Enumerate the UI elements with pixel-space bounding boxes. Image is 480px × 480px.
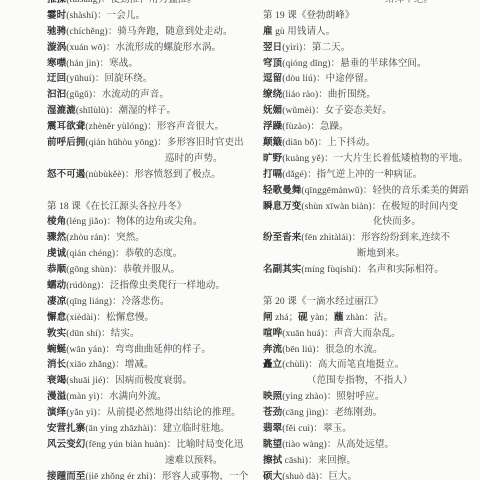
vocab-entry: 纷至沓来(fēn zhìtàlái)：形容纷纷到来,连续不 [263, 231, 478, 247]
definition-continuation: 化快而多。 [263, 215, 478, 231]
vocab-entry: 擦拭 cāshì)：来回擦。 [263, 454, 478, 470]
definition: (wān yán)：弯弯曲曲延伸的样子。 [66, 345, 211, 355]
headword: 硕大 [263, 472, 282, 480]
headword: 漫溢 [47, 392, 66, 402]
vocab-entry: 虔诚(qián chéng)：恭敬的态度。 [47, 247, 262, 263]
lesson-heading: 第 18 课《在长江源头各拉丹冬》 [47, 200, 262, 216]
headword: 擦拭 [263, 456, 282, 466]
headword: 映照 [263, 392, 282, 402]
headword: 骤然 [47, 233, 66, 243]
vocab-entry: 驰骋(chíchěng)：骑马奔跑，随意到处走动。 [47, 25, 262, 41]
vocab-entry: 逗留(dòu liú)：中途停留。 [263, 72, 478, 88]
definition: (ān yíng zhāzhài)：建立临时驻地。 [85, 424, 229, 434]
headword: 懈怠 [47, 313, 66, 323]
definition: (shīlùlù)：潮湿的样子。 [76, 106, 176, 116]
vocab-entry: 怒不可遏(nùbùkěè)：形容愤怒到了极点。 [47, 168, 262, 184]
definition-continuation: 巡时的声势。 [47, 152, 262, 168]
lesson-heading: 第 19 课《登勃朗峰》 [263, 9, 478, 25]
definition: (fēng yún biàn huàn)：比喻时局变化迅 [85, 440, 243, 450]
headword: 瞬息万变 [263, 202, 301, 212]
definition: (xièdài)：松懈怠慢。 [66, 313, 154, 323]
headword: 驰骋 [47, 27, 66, 37]
definition: (xiāo zhǎng)：增减。 [66, 360, 153, 370]
lesson-title: 第 19 课《登勃朗峰》 [263, 11, 354, 21]
headword: 逗留 [263, 74, 282, 84]
definition: (cāng jìng)：老练刚劲。 [282, 408, 382, 418]
headword: 纷至沓来 [263, 233, 301, 243]
definition: 断地到来。 [357, 249, 405, 259]
headword: 霎时 [47, 11, 66, 21]
vocab-entry: 雇 gù 用钱请人。 [263, 25, 478, 41]
headword: 旷野 [263, 154, 282, 164]
vocab-entry: 打嗝(dǎgé)：指气逆上冲的一种病证。 [263, 168, 478, 184]
headword: 安营扎寨 [47, 424, 85, 434]
vocab-entry: 衰竭(shuāi jié)：因病而极度衰弱。 [47, 374, 262, 390]
definition: (yìrì)：第二天。 [282, 43, 350, 53]
definition: cāshì)：来回擦。 [282, 456, 356, 466]
vocab-entry: 苍劲(cāng jìng)：老练刚劲。 [263, 406, 478, 422]
headword: 棱角 [47, 217, 66, 227]
definition: 巡时的声势。 [165, 154, 223, 164]
headword: 苍劲 [263, 408, 282, 418]
definition: (hán jìn)：寒战。 [66, 59, 138, 69]
headword: 闸 [263, 313, 273, 323]
headword: 风云变幻 [47, 440, 85, 450]
headword: 打嗝 [263, 170, 282, 180]
vocab-entry: 棱角(léng jiǎo)：物体的边角或尖角。 [47, 215, 262, 231]
vocab-entry: 迂回(yūhuí)：回旋环绕。 [47, 72, 262, 88]
vocab-entry-clipped-bottom: 接踵而至(jiē zhǒng ér zhì)：形容人或事物，一个 [47, 470, 262, 480]
vocab-entry: 漫溢(màn yì)：水满向外流。 [47, 390, 262, 406]
vocab-entry: 风云变幻(fēng yún biàn huàn)：比喻时局变化迅 [47, 438, 262, 454]
pinyin: yàn； [308, 313, 334, 323]
headword: 雇 [263, 27, 273, 37]
vocab-entry: 翌日(yìrì)：第二天。 [263, 41, 478, 57]
definition: (xuán wō)：水流形成的螺旋形水涡。 [66, 43, 221, 53]
definition: (wǔmèi)：女子姿态美好。 [282, 106, 392, 116]
headword: 湿漉漉 [47, 106, 76, 116]
definition-continuation: 断地到来。 [263, 247, 478, 263]
definition: (qīng liáng)：冷落悲伤。 [66, 297, 169, 307]
headword: 眺望 [263, 440, 282, 450]
definition: (fùzào)：急躁。 [282, 122, 349, 132]
definition: (fěi cuì)：翠玉。 [282, 424, 352, 434]
vocab-entry: 漩涡(xuán wō)：水流形成的螺旋形水涡。 [47, 41, 262, 57]
headword: 接踵而至 [47, 472, 85, 480]
headword: 敦实 [47, 329, 66, 339]
vocab-entry: 骤然(zhòu rán)：突然。 [47, 231, 262, 247]
definition: (yǎn yì)：从前提必然地得出结论的推理。 [66, 408, 241, 418]
pinyin: zhá； [273, 313, 299, 323]
headword: 颠簸 [263, 138, 282, 148]
headword: 凄凉 [47, 297, 66, 307]
definition: (yìng zhào)：照射呼应。 [282, 392, 384, 402]
vocab-entry: 眺望(tiào wàng)：从高处远望。 [263, 438, 478, 454]
definition: (shàshí)：一会儿。 [66, 11, 145, 21]
vocab-entry: 瞬息万变(shùn xīwàn biàn)：在极短的时间内变 [263, 200, 478, 216]
definition: (míng fùqíshí)：名声和实际相符。 [301, 265, 443, 275]
definition-continuation: 速难以预料。 [47, 454, 262, 470]
definition: 化快而多。 [373, 217, 421, 227]
lesson-heading: 第 20 课《一滴水经过丽江》 [263, 295, 478, 311]
definition: (nùbùkěè)：形容愤怒到了极点。 [85, 170, 220, 180]
definition: (dǎgé)：指气逆上冲的一种病证。 [282, 170, 422, 180]
headword: 推搡 [47, 0, 66, 5]
headword: 恭顺 [47, 265, 66, 275]
definition: (fēn zhìtàlái)：形容纷纷到来,连续不 [301, 233, 450, 243]
blank-line [47, 184, 262, 200]
definition: (rúdòng)：泛指像虫类爬行一样地动。 [66, 281, 225, 291]
vocab-entry: 蜿蜒(wān yán)：弯弯曲曲延伸的样子。 [47, 343, 262, 359]
vocab-entry: 凄凉(qīng liáng)：冷落悲伤。 [47, 295, 262, 311]
vocab-entry: 翡翠(fěi cuì)：翠玉。 [263, 422, 478, 438]
definition: (zhèněr yùlóng)：形容声音很大。 [85, 122, 224, 132]
definition: (qián chéng)：恭敬的态度。 [66, 249, 182, 259]
headword: 蠕动 [47, 281, 66, 291]
vocab-entry: 恭顺(gōng shùn)：恭敬并服从。 [47, 263, 262, 279]
vocab-entry: 敦实(dūn shí)：结实。 [47, 327, 262, 343]
headword: 寒噤 [47, 59, 66, 69]
vocab-entry: 湿漉漉(shīlùlù)：潮湿的样子。 [47, 104, 262, 120]
definition: (qián hūhòu yōng)：多形容旧时官吏出 [85, 138, 243, 148]
vocab-entry: 颠簸(diān bǒ)：上下抖动。 [263, 136, 478, 152]
vocab-entry: 蠕动(rúdòng)：泛指像虫类爬行一样地动。 [47, 279, 262, 295]
headword: 翌日 [263, 43, 282, 53]
definition: (jiē zhǒng ér zhì)：形容人或事物，一个 [85, 472, 248, 480]
headword: 震耳欲聋 [47, 122, 85, 132]
headword: 喧哗 [263, 329, 282, 339]
headword: 翡翠 [263, 424, 282, 434]
vocab-entry: 霎时(shàshí)：一会儿。 [47, 9, 262, 25]
definition: 速难以预料。 [165, 456, 223, 466]
definition: (diān bǒ)：上下抖动。 [282, 138, 375, 148]
definition: (qióng dǐng)：悬垂的半球体空间。 [282, 59, 426, 69]
vocab-entry: 映照(yìng zhào)：照射呼应。 [263, 390, 478, 406]
vocab-entry: 矗立(chùlì)：高大而笔直地挺立。 [263, 358, 478, 374]
definition-note: （范围专指物，不指人） [263, 374, 478, 390]
definition: (léng jiǎo)：物体的边角或尖角。 [66, 217, 202, 227]
headword: 奔流 [263, 345, 282, 355]
definition: (chùlì)：高大而笔直地挺立。 [282, 360, 404, 370]
headword: 轻歌曼舞 [263, 186, 301, 196]
definition: zhàn：沾。 [343, 313, 393, 323]
definition: (kuàng yě)：一大片生长着低矮植物的平地。 [282, 154, 468, 164]
vocab-entry: 寒噤(hán jìn)：寒战。 [47, 57, 262, 73]
vocab-entry: 妩媚(wǔmèi)：女子姿态美好。 [263, 104, 478, 120]
vocab-entry: 震耳欲聋(zhèněr yùlóng)：形容声音很大。 [47, 120, 262, 136]
blank-line [263, 279, 478, 295]
vocab-entry: 前呼后拥(qián hūhòu yōng)：多形容旧时官吏出 [47, 136, 262, 152]
definition: (chíchěng)：骑马奔跑，随意到处走动。 [66, 27, 232, 37]
definition: (tuīsǎng)：使劲推；用力猛推。 [66, 0, 197, 5]
headword: 穹顶 [263, 59, 282, 69]
headword: 矗立 [263, 360, 282, 370]
headword: 名副其实 [263, 265, 301, 275]
definition: (shùn xīwàn biàn)：在极短的时间内变 [301, 202, 458, 212]
right-column: 络绎不绝。 第 19 课《登勃朗峰》 雇 gù 用钱请人。 翌日(yìrì)：第… [263, 0, 478, 480]
definition: (shuāi jié)：因病而极度衰弱。 [66, 376, 192, 386]
definition: （范围专指物，不指人） [307, 376, 413, 386]
headword: 衰竭 [47, 376, 66, 386]
definition: (qīnggēmànwǔ)：轻快的音乐柔美的舞蹈 [301, 186, 468, 196]
vocab-entry: 消长(xiāo zhǎng)：增减。 [47, 358, 262, 374]
vocab-entry: 浮躁(fùzào)：急躁。 [263, 120, 478, 136]
headword: 迂回 [47, 74, 66, 84]
vocab-entry: 演绎(yǎn yì)：从前提必然地得出结论的推理。 [47, 406, 262, 422]
definition: (màn yì)：水满向外流。 [66, 392, 166, 402]
vocab-entry: 汩汩(gǔgǔ)：水流动的声音。 [47, 88, 262, 104]
definition: (bēn liú)：很急的水流。 [282, 345, 383, 355]
vocab-entry-clipped-bottom: 硕大(shuò dà)：巨大。 [263, 470, 478, 480]
definition: gù 用钱请人。 [273, 27, 336, 37]
definition: (shuò dà)：巨大。 [282, 472, 357, 480]
definition: (xuān huá)：声音大而杂乱。 [282, 329, 401, 339]
vocab-entry: 缭绕(liáo rào)：曲折围绕。 [263, 88, 478, 104]
headword: 浮躁 [263, 122, 282, 132]
definition: (liáo rào)：曲折围绕。 [282, 90, 376, 100]
vocab-entry: 穹顶(qióng dǐng)：悬垂的半球体空间。 [263, 57, 478, 73]
lesson-title: 第 20 课《一滴水经过丽江》 [263, 297, 383, 307]
headword: 虔诚 [47, 249, 66, 259]
definition: (yūhuí)：回旋环绕。 [66, 74, 152, 84]
vocab-entry: 安营扎寨(ān yíng zhāzhài)：建立临时驻地。 [47, 422, 262, 438]
definition: (gǔgǔ)：水流动的声音。 [66, 90, 169, 100]
vocab-entry: 懈怠(xièdài)：松懈怠慢。 [47, 311, 262, 327]
definition: 络绎不绝。 [385, 0, 433, 5]
headword: 缭绕 [263, 90, 282, 100]
definition: (gōng shùn)：恭敬并服从。 [66, 265, 180, 275]
clipped-text-fragment: 络绎不绝。 [263, 0, 478, 9]
vocab-entry: 名副其实(míng fùqíshí)：名声和实际相符。 [263, 263, 478, 279]
headword: 砚 [298, 313, 308, 323]
vocab-entry-clipped-top: 推搡(tuīsǎng)：使劲推；用力猛推。 [47, 0, 262, 9]
headword: 妩媚 [263, 106, 282, 116]
headword: 消长 [47, 360, 66, 370]
vocab-entry: 轻歌曼舞(qīnggēmànwǔ)：轻快的音乐柔美的舞蹈 [263, 184, 478, 200]
vocab-entry: 旷野(kuàng yě)：一大片生长着低矮植物的平地。 [263, 152, 478, 168]
definition: (tiào wàng)：从高处远望。 [282, 440, 394, 450]
left-column: 推搡(tuīsǎng)：使劲推；用力猛推。 霎时(shàshí)：一会儿。 驰骋… [47, 0, 262, 480]
headword: 前呼后拥 [47, 138, 85, 148]
headword: 怒不可遏 [47, 170, 85, 180]
vocab-entry-multi: 闸 zhá；砚 yàn；蘸 zhàn：沾。 [263, 311, 478, 327]
headword: 演绎 [47, 408, 66, 418]
vocab-entry: 奔流(bēn liú)：很急的水流。 [263, 343, 478, 359]
definition: (dūn shí)：结实。 [66, 329, 139, 339]
headword: 汩汩 [47, 90, 66, 100]
lesson-title: 第 18 课《在长江源头各拉丹冬》 [47, 202, 186, 212]
definition: (zhòu rán)：突然。 [66, 233, 145, 243]
definition: (dòu liú)：中途停留。 [282, 74, 373, 84]
headword: 漩涡 [47, 43, 66, 53]
headword: 蜿蜒 [47, 345, 66, 355]
vocab-entry: 喧哗(xuān huá)：声音大而杂乱。 [263, 327, 478, 343]
document-page: 推搡(tuīsǎng)：使劲推；用力猛推。 霎时(shàshí)：一会儿。 驰骋… [0, 0, 480, 480]
